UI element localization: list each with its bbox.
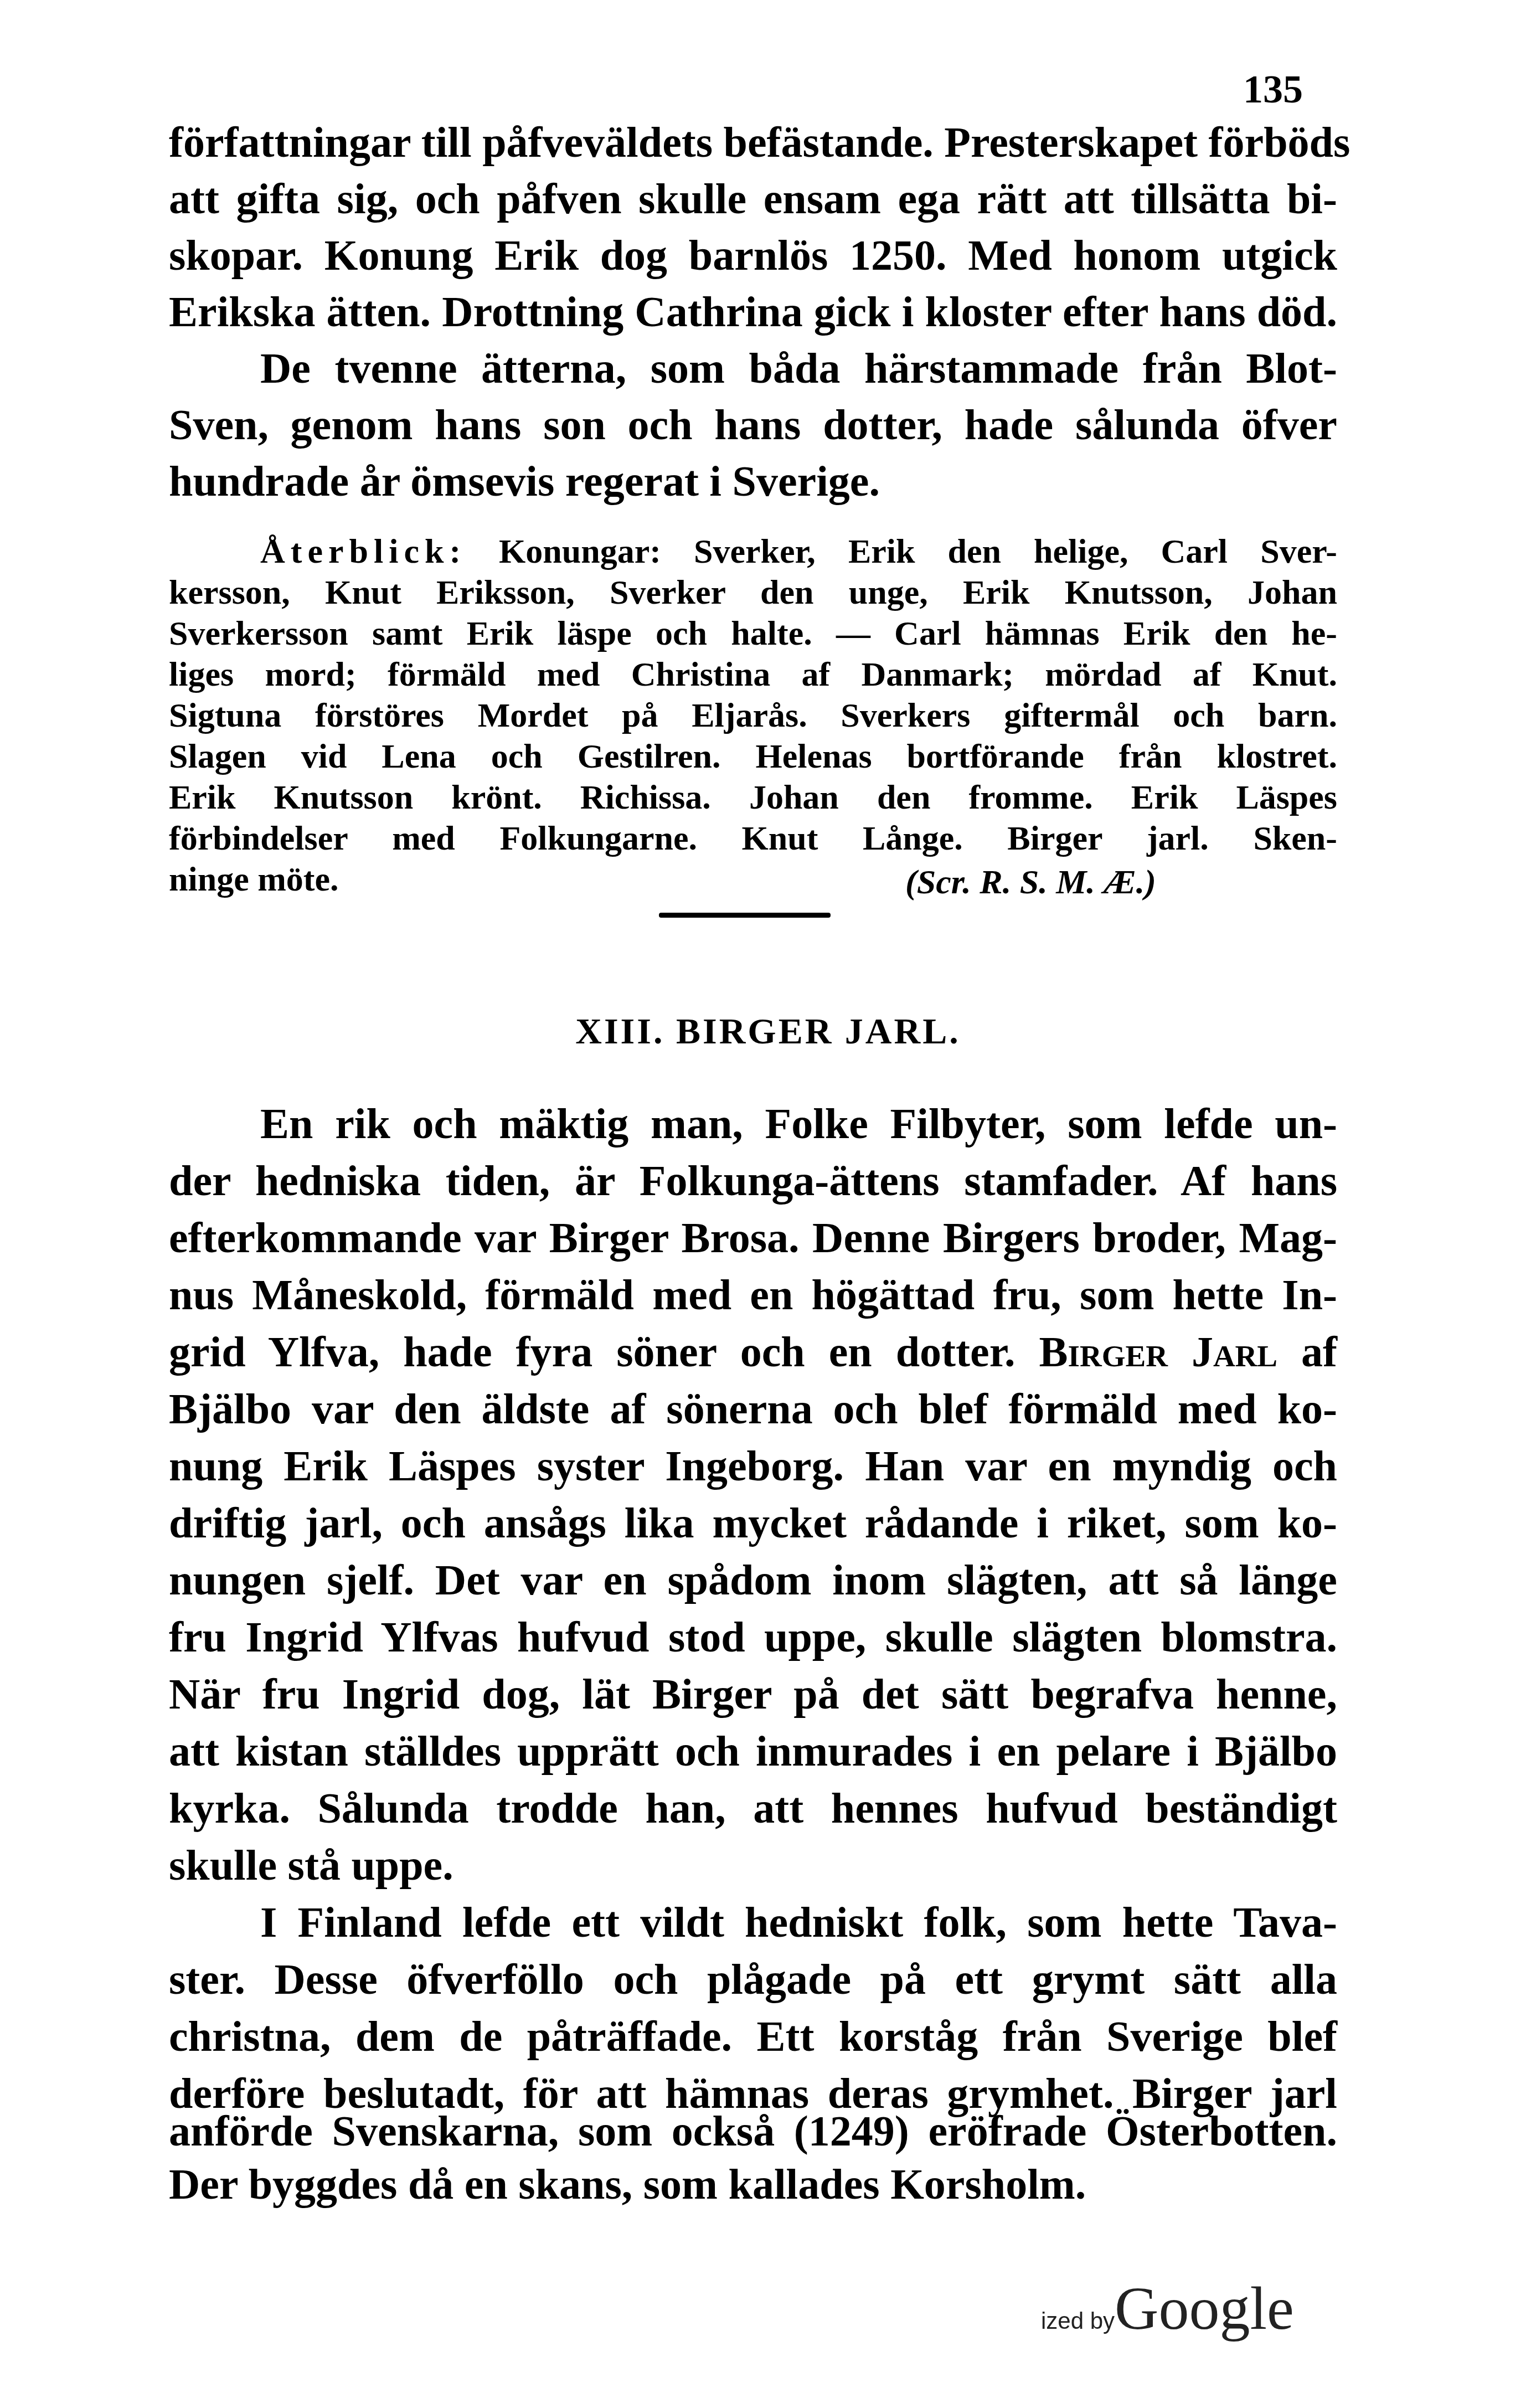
text-line: I Finland lefde ett vildt hedniskt folk,… [260,1901,1337,1944]
text-line: fru Ingrid Ylfvas hufvud stod uppe, skul… [169,1615,1337,1659]
recap-label: Återblick: [260,533,466,570]
person-name-birger-jarl: Birger Jarl [1039,1328,1277,1376]
chapter-heading: XIII. BIRGER JARL. [0,1011,1536,1053]
text-line: Erikska ätten. Drottning Cathrina gick i… [169,290,1337,333]
text-line: kyrka. Sålunda trodde han, att hennes hu… [169,1787,1337,1830]
text-line: hundrade år ömsevis regerat i Sverige. [169,460,1337,503]
text-line: En rik och mäktig man, Folke Filbyter, s… [260,1102,1337,1145]
text-line: skulle stå uppe. [169,1844,1337,1887]
text-line: att gifta sig, och påfven skulle ensam e… [169,177,1337,220]
text-line: der hedniska tiden, är Folkunga-ättens s… [169,1159,1337,1202]
recap-line: Sverkersson samt Erik läspe och halte. —… [169,616,1337,651]
recap-line: Erik Knutsson krönt. Richissa. Johan den… [169,780,1337,815]
text-line: De tvenne ätterna, som båda härstammade … [260,347,1337,390]
text-line: skopar. Konung Erik dog barnlös 1250. Me… [169,234,1337,277]
recap-line: förbindelser med Folkungarne. Knut Långe… [169,821,1337,856]
text-line: anförde Svenskarna, som också (1249) erö… [169,2109,1337,2153]
text-fragment: af [1301,1328,1337,1376]
source-reference: (Scr. R. S. M. Æ.) [905,865,1156,899]
section-divider [659,913,831,918]
text-line: ster. Desse öfverföllo och plågade på et… [169,1958,1337,2001]
text-line: nungen sjelf. Det var en spådom inom slä… [169,1558,1337,1602]
google-watermark: ized byGoogle [1041,2273,1294,2344]
recap-line: Slagen vid Lena och Gestilren. Helenas b… [169,739,1337,774]
recap-line: ninge möte. [169,862,1337,897]
text-line: efterkommande var Birger Brosa. Denne Bi… [169,1216,1337,1259]
text-line: christna, dem de påträffade. Ett korståg… [169,2015,1337,2058]
text-fragment: grid Ylfva, hade fyra söner och en dotte… [169,1328,1016,1376]
text-line: När fru Ingrid dog, lät Birger på det sä… [169,1673,1337,1716]
recap-line: Sigtuna förstöres Mordet på Eljarås. Sve… [169,698,1337,733]
text-line: att kistan ställdes upprätt och inmurade… [169,1730,1337,1773]
text-line: driftig jarl, och ansågs lika mycket råd… [169,1501,1337,1545]
google-logo: Google [1115,2275,1294,2342]
text-line: Bjälbo var den äldste af sönerna och ble… [169,1387,1337,1431]
text-line: författningar till påfveväldets befästan… [169,121,1337,164]
page-number: 135 [1243,66,1303,112]
recap-text: Konungar: Sverker, Erik den helige, Carl… [499,533,1337,570]
text-line: nung Erik Läspes syster Ingeborg. Han va… [169,1444,1337,1488]
recap-first-line: Återblick: Konungar: Sverker, Erik den h… [260,534,1337,569]
text-line: grid Ylfva, hade fyra söner och en dotte… [169,1330,1337,1373]
text-line: nus Måneskold, förmäld med en högättad f… [169,1273,1337,1316]
text-line: Der byggdes då en skans, som kallades Ko… [169,2163,1337,2206]
watermark-prefix: ized by [1041,2308,1115,2334]
recap-line: kersson, Knut Eriksson, Sverker den unge… [169,575,1337,610]
recap-line: liges mord; förmäld med Christina af Dan… [169,657,1337,692]
text-line: Sven, genom hans son och hans dotter, ha… [169,403,1337,446]
